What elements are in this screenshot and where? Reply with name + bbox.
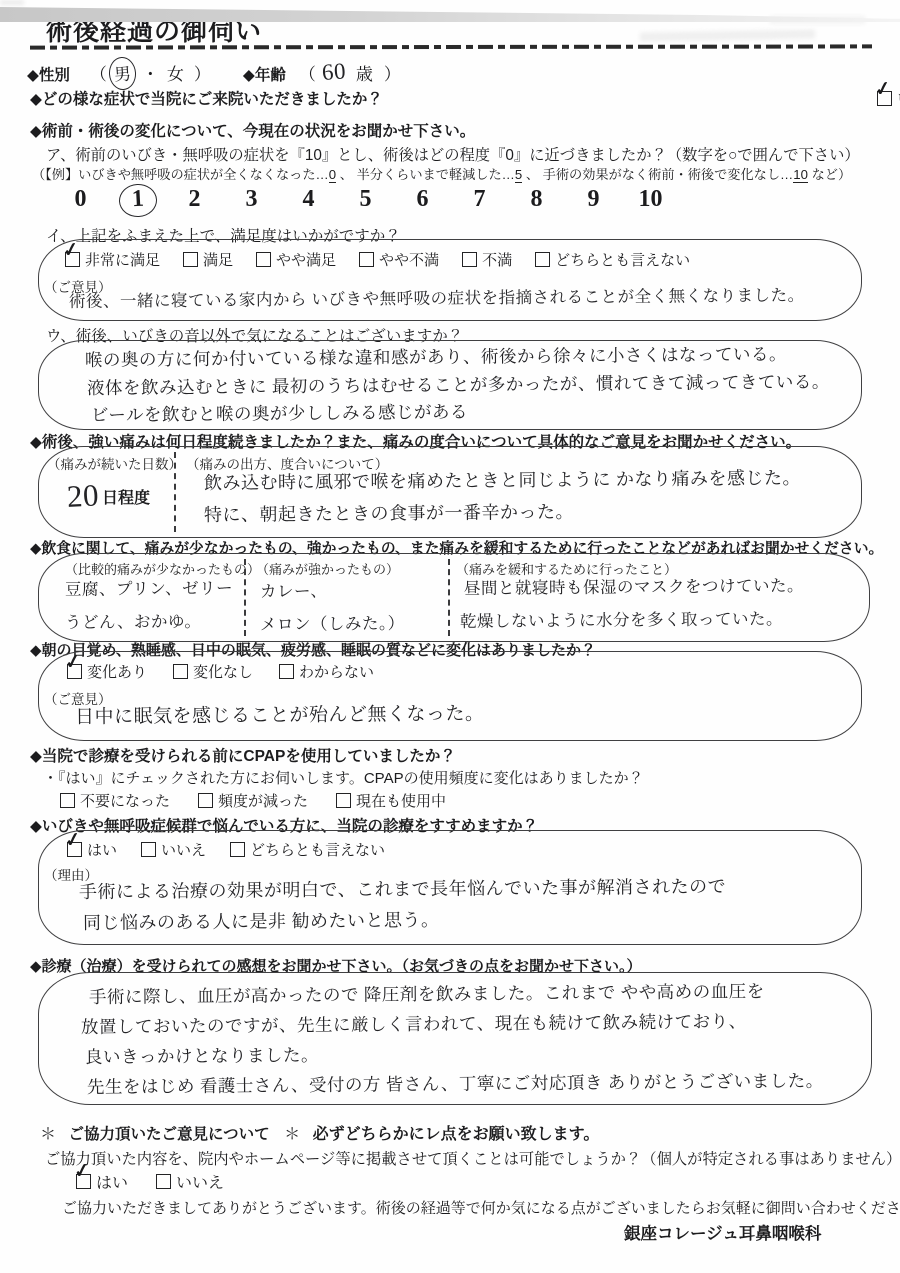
checkbox-box (279, 664, 294, 679)
paren: ） (194, 65, 211, 84)
paren: （ (90, 65, 107, 84)
checkbox-box (141, 842, 156, 857)
eating-answer-box: （比較的痛みが少なかったもの） 豆腐、プリン、ゼリー うどん、おかゆ。 （痛みが… (38, 553, 870, 642)
pain-box-divider (174, 452, 176, 532)
scan-corner-artifact (0, 0, 24, 5)
scale-option-7[interactable]: 7 (451, 186, 508, 213)
check-icon: ✓ (63, 828, 83, 853)
recommend-options: ✓はい ✓いいえ ✓どちらとも言えない (67, 839, 385, 860)
example-value: 0 (329, 167, 336, 183)
concerns-answer-box: 喉の奥の方に何か付いている様な違和感があり、術後から徐々に小さくはなっている。 … (38, 340, 862, 430)
morning-opinion-handwritten: 日中に眠気を感じることが殆んど無くなった。 (75, 698, 485, 729)
scale-value: 7 (469, 186, 491, 213)
recommend-reason-handwritten: 手術による治療の効果が明白で、これまで長年悩んでいた事が解消されたので (79, 872, 726, 904)
checkbox-change-no[interactable]: ✓変化なし (173, 661, 253, 682)
example-text: など） (808, 167, 851, 182)
pain-detail-handwritten: 特に、朝起きたときの食事が一番辛かった。 (204, 498, 574, 527)
impressions-line-handwritten: 放置しておいたのですが、先生に厳しく言われて、現在も続けて飲み続けており、 (81, 1008, 747, 1039)
morning-options: ✓変化あり ✓変化なし ✓わからない (67, 661, 374, 682)
checkbox-box (156, 1174, 171, 1189)
scan-edge-shadow (0, 0, 900, 22)
checkbox-cpap-still-using[interactable]: ✓現在も使用中 (336, 790, 446, 811)
asterisk: ＊ (40, 1126, 56, 1143)
scale-value: 3 (241, 186, 263, 213)
checkbox-label: 非常に満足 (85, 249, 160, 270)
pain-detail-handwritten: 飲み込む時に風邪で喉を痛めたときと同じように かなり痛みを感じた。 (204, 464, 801, 495)
footer-note-bold: 必ずどちらかにレ点をお願い致します。 (313, 1126, 600, 1143)
checkbox-somewhat-satisfied[interactable]: ✓やや満足 (256, 249, 336, 270)
checkbox-box (60, 793, 75, 808)
checkbox-box (173, 664, 188, 679)
eating-col1-handwritten: 豆腐、プリン、ゼリー (65, 575, 233, 600)
satisfaction-opinion-handwritten: 術後、一緒に寝ている家内から いびきや無呼吸の症状を指摘されることが全く無くなり… (69, 282, 805, 312)
scale-option-10[interactable]: 10 (622, 186, 679, 213)
checkbox-label: やや満足 (276, 249, 336, 270)
checkbox-label: 不満 (482, 249, 512, 270)
checkbox-somewhat-dissatisfied[interactable]: ✓やや不満 (359, 249, 439, 270)
scale-value: 9 (583, 186, 605, 213)
scale-option-2[interactable]: 2 (166, 186, 223, 213)
footer-note-text: ご協力頂いたご意見について (68, 1126, 269, 1143)
checkbox-label: 変化あり (87, 661, 147, 682)
checkbox-label: どちらとも言えない (250, 839, 385, 860)
checkbox-label: やや不満 (379, 249, 439, 270)
change-question-a: ア、術前のいびき・無呼吸の症状を『10』とし、術後はどの程度『0』に近づきました… (46, 143, 860, 165)
example-text: 、 手術の効果がなく術前・術後で変化なし… (522, 167, 793, 182)
scale-value: 5 (355, 186, 377, 213)
impressions-line-handwritten: 良いきっかけとなりました。 (85, 1042, 319, 1069)
impressions-answer-box: 手術に際し、血圧が高かったので 降圧剤を飲みました。これまで やや高めの血圧を … (38, 972, 872, 1105)
checkbox-dissatisfied[interactable]: ✓不満 (462, 249, 512, 270)
eating-col2-label: （痛みが強かったもの） (256, 559, 399, 578)
footer-note: ＊ ご協力頂いたご意見について ＊ 必ずどちらかにレ点をお願い致します。 (40, 1121, 599, 1144)
scale-option-8[interactable]: 8 (508, 186, 565, 213)
checkbox-label: 現在も使用中 (356, 790, 446, 811)
age-value-handwritten: 60 (321, 58, 347, 86)
checkbox-box (230, 842, 245, 857)
check-icon: ✓ (873, 77, 893, 102)
scale-value: 10 (639, 186, 663, 213)
severity-scale: 012345678910 (52, 184, 692, 217)
scale-option-9[interactable]: 9 (565, 186, 622, 213)
checkbox-snoring[interactable]: ✓ いびき (877, 88, 900, 109)
paren: ） (384, 65, 401, 84)
checkbox-box (336, 793, 351, 808)
scale-option-4[interactable]: 4 (280, 186, 337, 213)
checkbox-label: どちらとも言えない (555, 249, 690, 270)
checkbox-neither[interactable]: ✓どちらとも言えない (535, 249, 690, 270)
asterisk: ＊ (284, 1126, 300, 1143)
checkbox-label: いいえ (161, 839, 206, 860)
scan-smudge (640, 29, 815, 41)
age-unit: 歳 (356, 65, 373, 84)
example-text: 、 半分くらいまで軽減した… (336, 167, 515, 182)
satisfaction-answer-box: ✓非常に満足 ✓満足 ✓やや満足 ✓やや不満 ✓不満 ✓どちらとも言えない （ご… (38, 239, 862, 321)
pain-days-label: （痛みが続いた日数） (47, 453, 182, 473)
checkbox-label: 頻度が減った (218, 790, 308, 811)
checkbox-recommend-neither[interactable]: ✓どちらとも言えない (230, 839, 385, 860)
cpap-followup-question: ・『はい』にチェックされた方にお伺いします。CPAPの使用頻度に変化はありました… (43, 767, 644, 788)
age-label: ◆年齢 (243, 67, 286, 84)
pain-days-value-row: 20日程度 (67, 479, 150, 515)
checkbox-label: 変化なし (193, 661, 253, 682)
checkbox-very-satisfied[interactable]: ✓非常に満足 (65, 249, 160, 270)
symptoms-row: ◆どの様な症状で当院にご来院いただきましたか？ ✓ いびき ✓ 無呼吸症候群 (30, 86, 880, 110)
eating-col1-handwritten: うどん、おかゆ。 (65, 608, 202, 633)
checkbox-box (198, 793, 213, 808)
concerns-line-handwritten: 液体を飲み込むときに 最初のうちはむせることが多かったが、慣れてきて減ってきてい… (87, 369, 830, 400)
publish-options: ✓はい ✓いいえ (76, 1170, 224, 1193)
scale-value: 4 (298, 186, 320, 213)
scale-value: 2 (184, 186, 206, 213)
satisfaction-options: ✓非常に満足 ✓満足 ✓やや満足 ✓やや不満 ✓不満 ✓どちらとも言えない (65, 249, 690, 270)
gender-option-female[interactable]: 女 (167, 65, 184, 84)
eating-col3-handwritten: 乾燥しないように水分を多く取っていた。 (460, 605, 783, 632)
footer-thanks: ご協力いただきましてありがとうございます。術後の経過等で何か気になる点がございま… (62, 1197, 900, 1218)
checkbox-box (183, 252, 198, 267)
checkbox-box (535, 252, 550, 267)
checkbox-publish-no[interactable]: ✓いいえ (156, 1170, 224, 1193)
scale-option-6[interactable]: 6 (394, 186, 451, 213)
scale-option-1[interactable]: 1 (109, 184, 166, 217)
scale-option-3[interactable]: 3 (223, 186, 280, 213)
eating-box-divider (244, 559, 246, 636)
eating-col3-handwritten: 昼間と就寝時も保湿のマスクをつけていた。 (464, 572, 804, 599)
eating-col2-handwritten: メロン（しみた。） (260, 610, 405, 635)
change-example-line: （【例】いびきや無呼吸の症状が全くなくなった…0 、 半分くらいまで軽減した…5… (32, 164, 851, 183)
impressions-line-handwritten: 先生をはじめ 看護士さん、受付の方 皆さん、丁寧にご対応頂き ありがとうございま… (87, 1068, 824, 1099)
checkbox-label: はい (87, 839, 117, 860)
concerns-line-handwritten: 喉の奥の方に何か付いている様な違和感があり、術後から徐々に小さくはなっている。 (85, 341, 787, 372)
check-icon: ✓ (63, 650, 83, 675)
check-icon: ✓ (61, 238, 81, 263)
symptoms-question: ◆どの様な症状で当院にご来院いただきましたか？ (30, 91, 383, 108)
scanned-questionnaire-page: 術後経過の御伺い ◆性別（男・女）◆年齢（60歳） ◆どの様な症状で当院にご来院… (0, 0, 900, 1273)
pain-answer-box: （痛みが続いた日数） 20日程度 （痛みの出方、度合いについて） 飲み込む時に風… (38, 446, 862, 538)
checkbox-label: いいえ (176, 1170, 224, 1193)
eating-box-divider (448, 559, 450, 636)
cpap-row: ◆当院で診療を受けられる前にCPAPを使用していましたか？ ✓はい ✓いいえ (30, 743, 880, 767)
change-heading: ◆術前・術後の変化について、今現在の状況をお聞かせ下さい。 (30, 119, 475, 141)
checkbox-label: はい (96, 1170, 128, 1193)
checkbox-recommend-yes[interactable]: ✓はい (67, 839, 117, 860)
scale-option-0[interactable]: 0 (52, 186, 109, 213)
clinic-name: 銀座コレージュ耳鼻咽喉科 (624, 1220, 821, 1244)
checkbox-box (359, 252, 374, 267)
impressions-line-handwritten: 手術に際し、血圧が高かったので 降圧剤を飲みました。これまで やや高めの血圧を (89, 978, 765, 1009)
recommend-answer-box: ✓はい ✓いいえ ✓どちらとも言えない （理由） 手術による治療の効果が明白で、… (38, 830, 862, 945)
checkbox-satisfied[interactable]: ✓満足 (183, 249, 233, 270)
checkbox-cpap-reduced[interactable]: ✓頻度が減った (198, 790, 308, 811)
gender-separator: ・ (142, 65, 159, 84)
title-divider (30, 44, 872, 49)
scale-value: 6 (412, 186, 434, 213)
pain-days-unit: 日程度 (102, 490, 150, 507)
checkbox-change-yes[interactable]: ✓変化あり (67, 661, 147, 682)
recommend-reason-handwritten: 同じ悩みのある人に是非 勧めたいと思う。 (83, 906, 440, 935)
concerns-line-handwritten: ビールを飲むと喉の奥が少ししみる感じがある (91, 399, 468, 427)
checkbox-cpap-unneeded[interactable]: ✓不要になった (60, 790, 170, 811)
scale-option-5[interactable]: 5 (337, 186, 394, 213)
paren: （ (299, 65, 316, 84)
eating-col2-handwritten: カレー、 (260, 577, 328, 602)
example-value: 10 (793, 167, 808, 183)
scale-value: 1 (118, 183, 158, 218)
checkbox-label: 満足 (203, 249, 233, 270)
cpap-question: ◆当院で診療を受けられる前にCPAPを使用していましたか？ (30, 748, 456, 765)
checkbox-recommend-no[interactable]: ✓いいえ (141, 839, 206, 860)
checkbox-box (462, 252, 477, 267)
checkbox-publish-yes[interactable]: ✓はい (76, 1170, 128, 1193)
pain-days-value-handwritten: 20 (66, 477, 100, 515)
scale-value: 0 (70, 186, 92, 213)
gender-label: ◆性別 (27, 67, 70, 84)
checkbox-box (256, 252, 271, 267)
checkbox-label: 不要になった (80, 790, 170, 811)
checkbox-change-unknown[interactable]: ✓わからない (279, 661, 374, 682)
morning-answer-box: ✓変化あり ✓変化なし ✓わからない （ご意見） 日中に眠気を感じることが殆んど… (38, 651, 862, 741)
example-text: （【例】いびきや無呼吸の症状が全くなくなった… (32, 167, 329, 182)
checkbox-label: わからない (299, 661, 374, 682)
scale-value: 8 (526, 186, 548, 213)
publish-question: ご協力頂いた内容を、院内やホームページ等に掲載させて頂くことは可能でしょうか？（… (45, 1147, 900, 1169)
cpap-frequency-options: ✓不要になった ✓頻度が減った ✓現在も使用中 (60, 790, 446, 811)
